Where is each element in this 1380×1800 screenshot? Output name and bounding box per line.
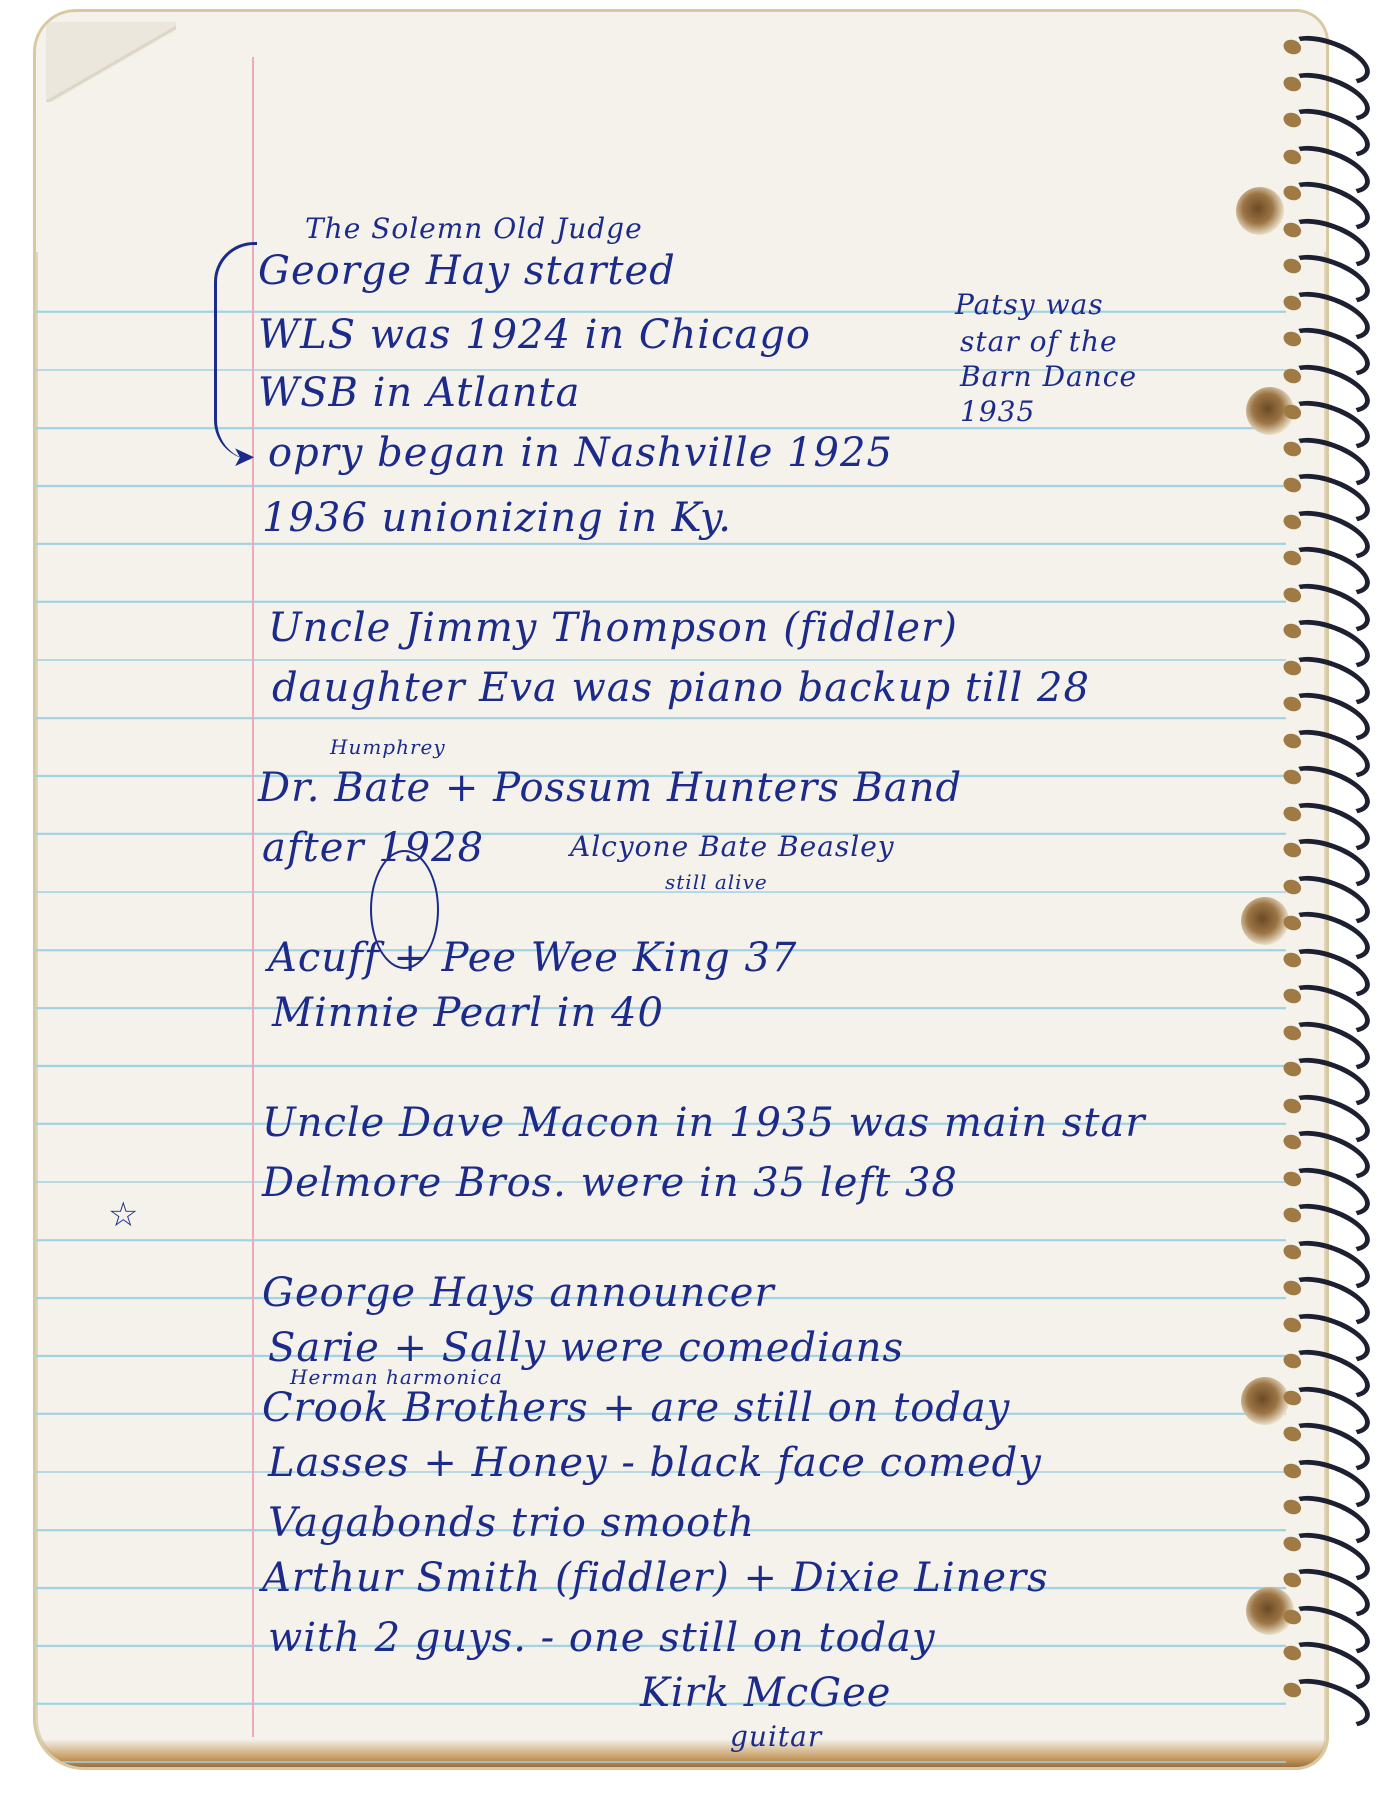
note-line: Uncle Dave Macon in 1935 was main star: [262, 1100, 1145, 1146]
side-note: star of the: [960, 325, 1118, 358]
binder-hole: [1236, 187, 1284, 235]
side-note: 1935: [960, 395, 1035, 428]
note-annotation: still alive: [665, 870, 768, 894]
note-line: guitar: [730, 1720, 822, 1753]
note-line: Minnie Pearl in 40: [272, 990, 664, 1036]
note-line: 1936 unionizing in Ky.: [262, 495, 732, 541]
arrow-head-icon: ➤: [232, 440, 255, 473]
star-icon: ☆: [108, 1195, 138, 1235]
note-line: Crook Brothers + are still on today: [262, 1385, 1010, 1431]
note-line: George Hays announcer: [262, 1270, 775, 1316]
note-line: Dr. Bate + Possum Hunters Band: [258, 765, 962, 811]
arrow-annotation: [214, 242, 257, 460]
spiral-binding: [1284, 40, 1374, 1740]
note-line: Kirk McGee: [640, 1670, 891, 1716]
note-header-annotation: The Solemn Old Judge: [305, 212, 643, 245]
note-line: Acuff + Pee Wee King 37: [268, 935, 797, 981]
folded-corner: [46, 22, 176, 102]
circle-annotation: [370, 850, 439, 969]
side-note: Barn Dance: [960, 360, 1137, 393]
note-line: daughter Eva was piano backup till 28: [272, 665, 1090, 711]
side-note: Patsy was: [955, 288, 1104, 321]
note-line: Lasses + Honey - black face comedy: [268, 1440, 1042, 1486]
note-line: Uncle Jimmy Thompson (fiddler): [268, 605, 958, 651]
note-line: Alcyone Bate Beasley: [570, 830, 895, 863]
note-annotation: Humphrey: [330, 735, 446, 759]
note-line: opry began in Nashville 1925: [268, 430, 893, 476]
top-header-space: [36, 12, 1326, 252]
note-line: WSB in Atlanta: [258, 370, 580, 416]
binder-hole: [1241, 897, 1289, 945]
note-line: George Hay started: [258, 248, 676, 294]
note-line: Vagabonds trio smooth: [268, 1500, 755, 1546]
note-line: with 2 guys. - one still on today: [268, 1615, 936, 1661]
binder-hole: [1241, 1377, 1289, 1425]
note-line: WLS was 1924 in Chicago: [258, 312, 811, 358]
note-line: after 1928: [262, 825, 484, 871]
note-line: Arthur Smith (fiddler) + Dixie Liners: [262, 1555, 1049, 1601]
note-line: Delmore Bros. were in 35 left 38: [262, 1160, 958, 1206]
